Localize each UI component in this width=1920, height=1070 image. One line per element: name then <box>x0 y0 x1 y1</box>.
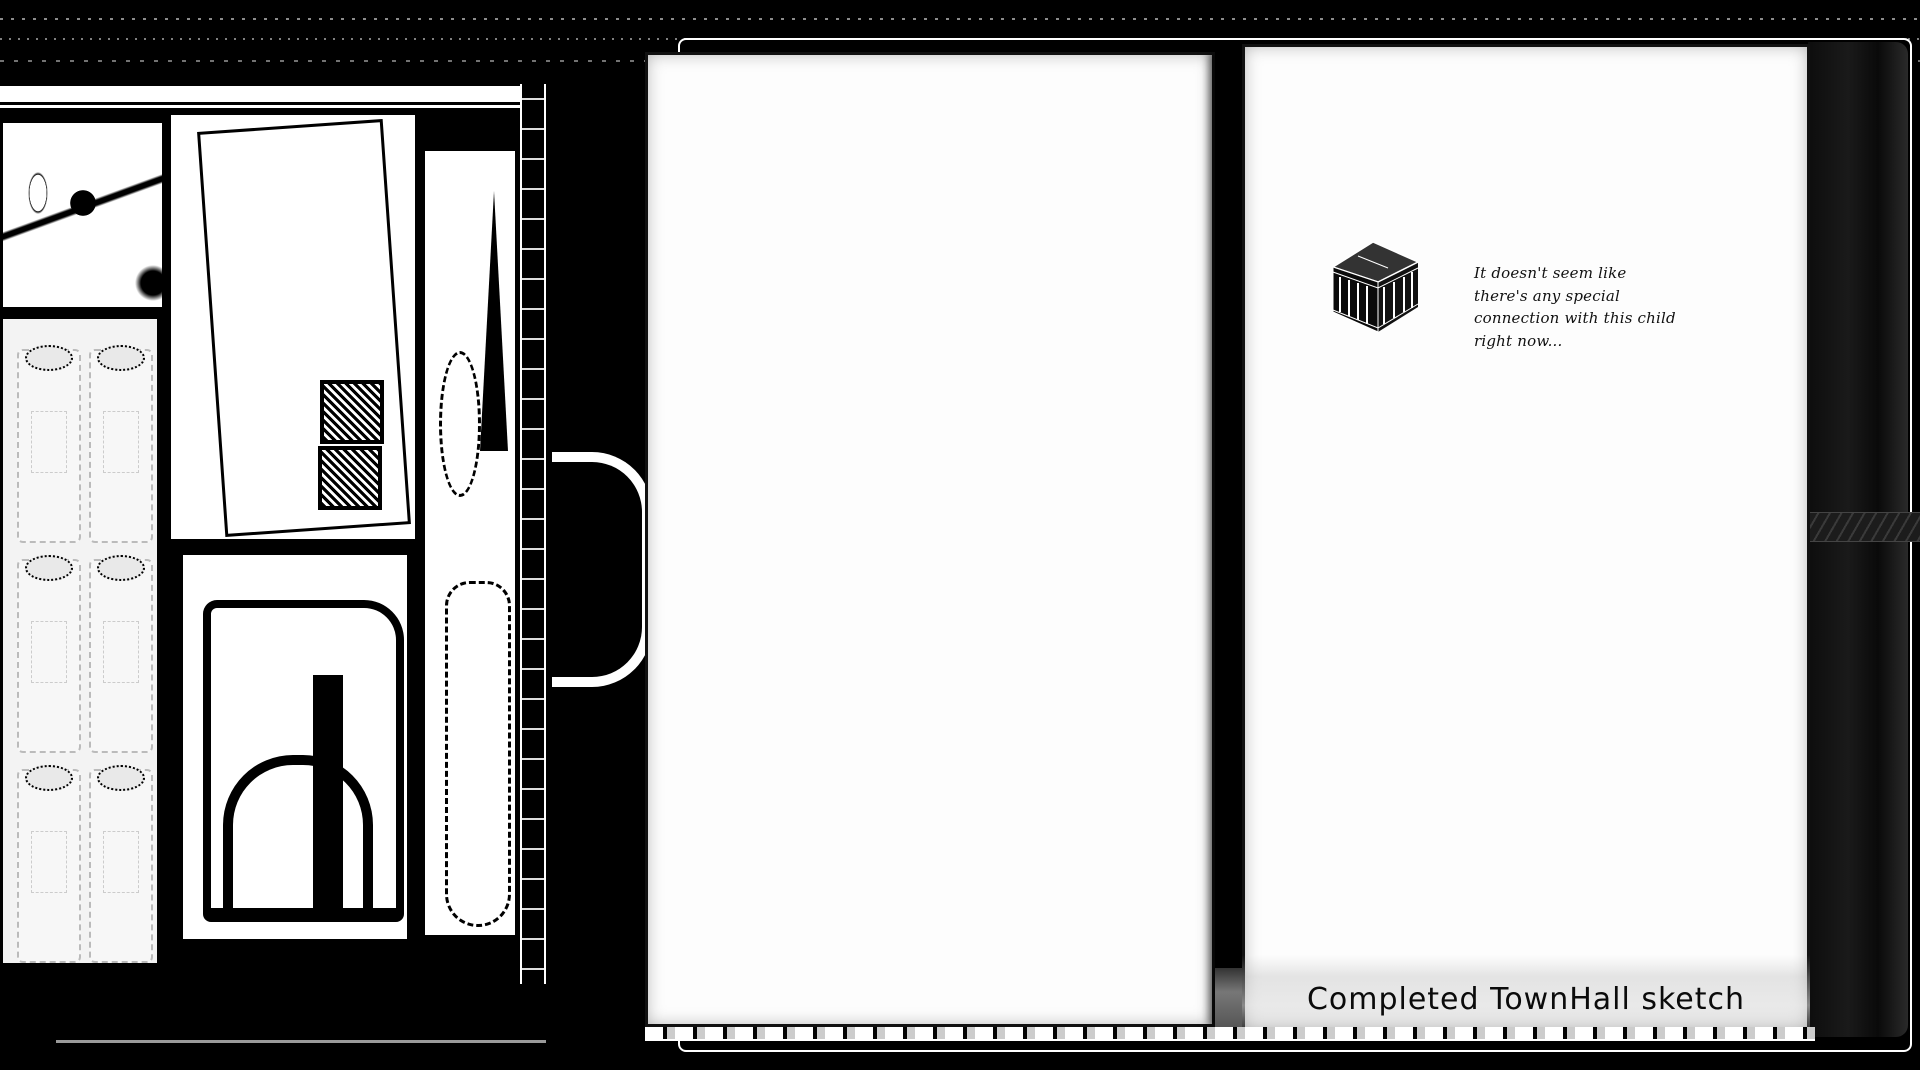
bottle-icon[interactable] <box>17 349 81 543</box>
drawer-item-jar[interactable] <box>180 552 410 942</box>
jar-strap-icon <box>313 675 343 915</box>
drawer-handle[interactable] <box>552 452 652 687</box>
drawer-item-dried-flowers[interactable] <box>0 120 165 310</box>
stamp-icon <box>318 446 382 510</box>
stamp-icon <box>320 380 384 444</box>
bottle-icon[interactable] <box>89 559 153 753</box>
note-line: connection with this child <box>1474 307 1714 330</box>
knife-icon <box>480 191 508 451</box>
drawer-top-rail <box>0 86 538 111</box>
jar-handle-icon <box>223 755 373 915</box>
bottle-icon[interactable] <box>17 769 81 963</box>
sketchbook-left-page[interactable] <box>645 52 1215 1027</box>
bottle-icon[interactable] <box>89 769 153 963</box>
sketch-caption: Completed TownHall sketch <box>1242 982 1810 1017</box>
spoon-icon <box>439 351 481 497</box>
spine-shade <box>1215 968 1242 1028</box>
flowers-icon <box>3 123 162 307</box>
drawer-bottom-edge <box>56 1040 546 1043</box>
note-line: right now... <box>1474 330 1714 353</box>
sketch-note: It doesn't seem like there's any special… <box>1474 262 1714 352</box>
bottle-icon[interactable] <box>17 559 81 753</box>
note-line: there's any special <box>1474 285 1714 308</box>
note-line: It doesn't seem like <box>1474 262 1714 285</box>
drawer-item-bottles[interactable] <box>0 316 160 966</box>
bottle-icon[interactable] <box>89 349 153 543</box>
drawer-side-wall <box>520 84 546 984</box>
sketchbook-spine <box>1215 52 1242 1027</box>
townhall-icon[interactable] <box>1318 232 1428 342</box>
sketchbook-right-page[interactable] <box>1242 44 1810 1032</box>
drawer-item-spoon-and-knife[interactable] <box>422 148 518 938</box>
sketchbook-strap[interactable] <box>1808 512 1920 542</box>
spatula-icon <box>445 581 511 927</box>
page-bottom-edge <box>645 1027 1815 1041</box>
